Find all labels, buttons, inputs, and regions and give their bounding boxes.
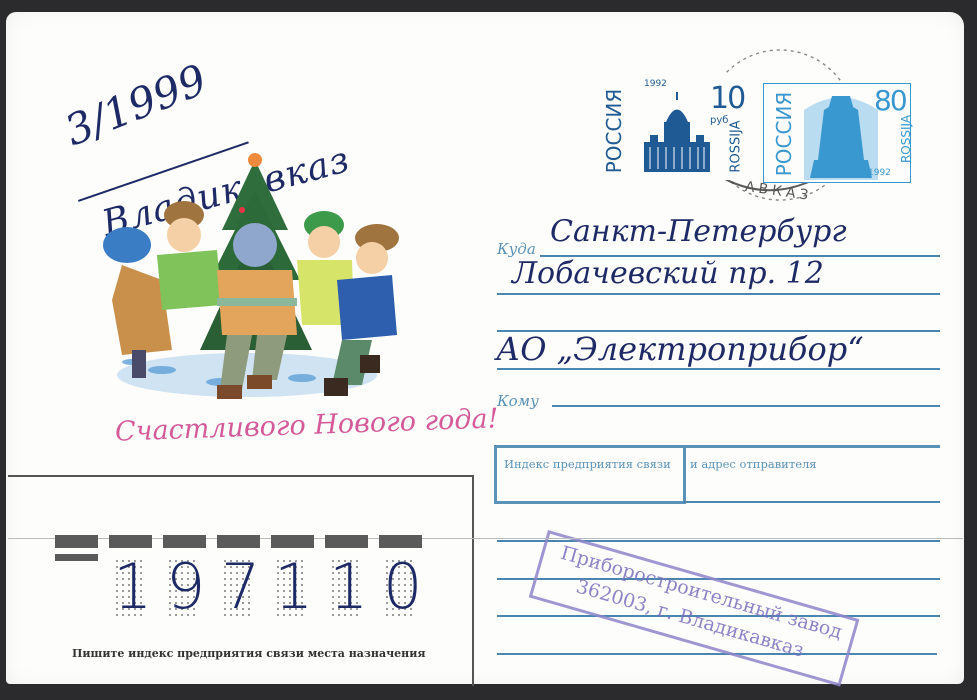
address-line-4 (497, 368, 940, 370)
postcode-digit[interactable]: 7 (221, 556, 260, 618)
postage-stamp-80: РОССИЯ 80 1992 ROSSIJA (763, 83, 911, 183)
postcode-instruction: Пишите индекс предприятия связи места на… (72, 647, 425, 660)
postcode-digit[interactable]: 1 (274, 556, 313, 618)
postcode-bar (55, 535, 98, 548)
sender-line-4 (497, 653, 937, 655)
cathedral-icon (636, 87, 718, 177)
postcode-bar (379, 535, 422, 548)
whom-line (552, 405, 940, 407)
postcode-bar (109, 535, 152, 548)
address-line-2 (497, 293, 940, 295)
sender-line-0 (683, 501, 940, 503)
postcode-digit[interactable]: 0 (383, 556, 422, 618)
whom-label: Кому (497, 392, 539, 410)
sender-index-label: Индекс предприятия связи (504, 457, 671, 471)
postcode-bar (55, 554, 98, 561)
stamp-country: РОССИЯ (602, 81, 626, 181)
postcode-digit[interactable]: 9 (166, 556, 205, 618)
sender-box-top-line (683, 445, 940, 448)
sender-index-box (494, 445, 686, 504)
postage-stamp-10: РОССИЯ 1992 10 руб ROSSIJA (598, 75, 730, 180)
address-city[interactable]: Санкт-Петербург (550, 214, 847, 249)
postcode-digit[interactable]: 1 (113, 556, 152, 618)
postcode-digit[interactable]: 1 (329, 556, 368, 618)
stamp-latin: ROSSIJA (729, 107, 744, 187)
monument-icon (804, 90, 878, 180)
postcode-bar (325, 535, 368, 548)
stamp-year: 1992 (868, 168, 891, 178)
stamp-unit: руб (710, 115, 728, 126)
sender-address-label: и адрес отправителя (690, 457, 817, 471)
postcode-bar (217, 535, 260, 548)
postcode-bar (163, 535, 206, 548)
postcode-bar (271, 535, 314, 548)
christmas-illustration (92, 150, 402, 410)
stamp-country: РОССИЯ (772, 84, 796, 184)
stamp-latin: ROSSIJA (899, 99, 913, 179)
address-street[interactable]: Лобачевский пр. 12 (512, 256, 824, 291)
address-recipient[interactable]: АО „Электроприбор“ (496, 330, 864, 368)
